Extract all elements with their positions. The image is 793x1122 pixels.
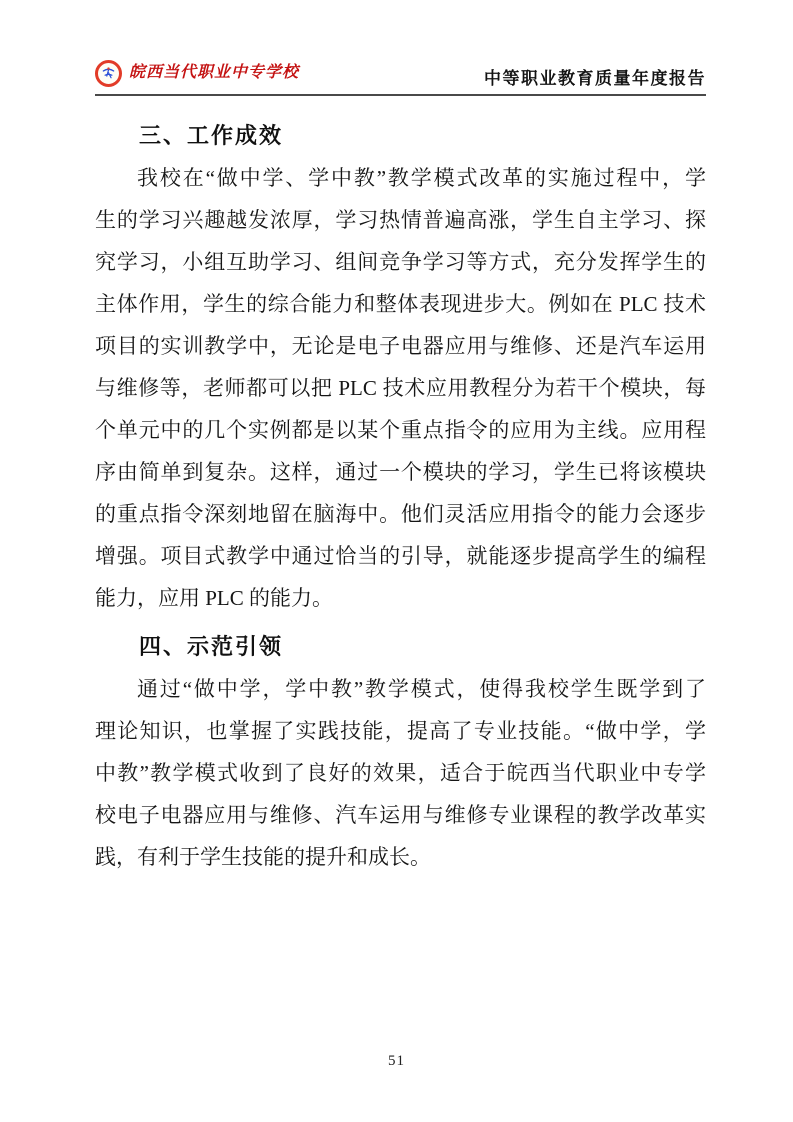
school-brand: 皖西当代职业中专学校 (95, 60, 299, 87)
section-3-paragraph: 我校在“做中学、学中教”教学模式改革的实施过程中，学 生的学习兴趣越发浓厚，学习… (95, 157, 706, 619)
document-content: 三、工作成效 我校在“做中学、学中教”教学模式改革的实施过程中，学 生的学习兴趣… (95, 118, 706, 878)
body-line: 与维修等，老师都可以把 PLC 技术应用教程分为若干个模块，每 (95, 367, 706, 409)
body-line: 我校在“做中学、学中教”教学模式改革的实施过程中，学 (95, 157, 706, 199)
body-line: 主体作用，学生的综合能力和整体表现进步大。例如在 PLC 技术 (95, 283, 706, 325)
body-line: 究学习，小组互助学习、组间竞争学习等方式，充分发挥学生的 (95, 241, 706, 283)
body-line: 序由简单到复杂。这样，通过一个模块的学习，学生已将该模块 (95, 451, 706, 493)
page-header: 皖西当代职业中专学校 中等职业教育质量年度报告 (95, 60, 706, 96)
body-line: 中教”教学模式收到了良好的效果，适合于皖西当代职业中专学 (95, 752, 706, 794)
body-line: 个单元中的几个实例都是以某个重点指令的应用为主线。应用程 (95, 409, 706, 451)
section-4-paragraph: 通过“做中学，学中教”教学模式，使得我校学生既学到了 理论知识，也掌握了实践技能… (95, 668, 706, 878)
body-line: 生的学习兴趣越发浓厚，学习热情普遍高涨，学生自主学习、探 (95, 199, 706, 241)
body-line: 理论知识，也掌握了实践技能，提高了专业技能。“做中学，学 (95, 710, 706, 752)
body-line: 的重点指令深刻地留在脑海中。他们灵活应用指令的能力会逐步 (95, 493, 706, 535)
body-line: 项目的实训教学中，无论是电子电器应用与维修、还是汽车运用 (95, 325, 706, 367)
body-line: 能力，应用 PLC 的能力。 (95, 577, 706, 619)
report-title: 中等职业教育质量年度报告 (484, 70, 706, 87)
body-line: 校电子电器应用与维修、汽车运用与维修专业课程的教学改革实 (95, 794, 706, 836)
school-seal-icon (95, 60, 122, 87)
body-line: 增强。项目式教学中通过恰当的引导，就能逐步提高学生的编程 (95, 535, 706, 577)
body-line: 通过“做中学，学中教”教学模式，使得我校学生既学到了 (95, 668, 706, 710)
section-heading-3: 三、工作成效 (95, 118, 706, 154)
section-heading-4: 四、示范引领 (95, 629, 706, 665)
body-line: 践，有利于学生技能的提升和成长。 (95, 836, 706, 878)
header-rule (95, 94, 706, 96)
page-number: 51 (0, 1053, 793, 1070)
school-name: 皖西当代职业中专学校 (129, 65, 299, 83)
document-page: 皖西当代职业中专学校 中等职业教育质量年度报告 三、工作成效 我校在“做中学、学… (0, 0, 793, 1122)
